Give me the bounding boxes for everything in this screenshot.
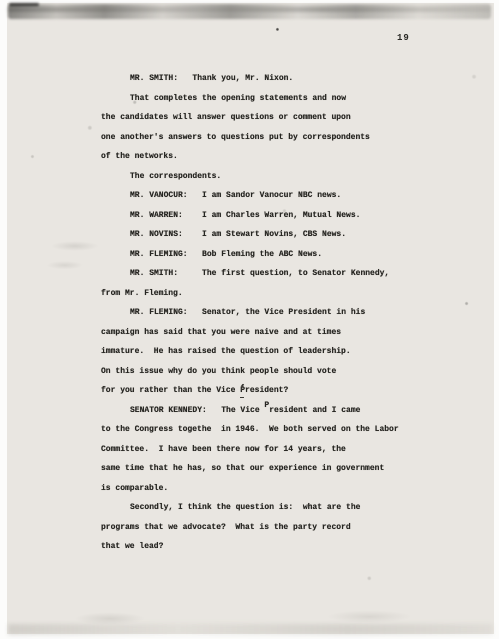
transcript-line: That completes the opening statements an… (101, 89, 461, 109)
transcript-line: Committee. I have been there now for 14 … (101, 440, 461, 460)
transcript-line: that we lead? (101, 537, 461, 557)
scan-artifact-bottom-band (8, 624, 493, 635)
transcript-line: MR. NOVINS: I am Stewart Novins, CBS New… (101, 225, 461, 245)
transcript-line: same time that he has, so that our exper… (101, 459, 461, 479)
transcript-line: On this issue why do you think people sh… (101, 362, 461, 382)
transcript-line: for you rather than the Vice President? (101, 381, 461, 401)
transcript-line: MR. SMITH: Thank you, Mr. Nixon. (101, 69, 461, 89)
transcript-line: SENATOR KENNEDY: The Vice President and … (101, 401, 461, 421)
transcript-line: MR. FLEMING: Bob Fleming the ABC News. (101, 245, 461, 265)
transcript: MR. SMITH: Thank you, Mr. Nixon.That com… (101, 69, 461, 557)
transcript-line: from Mr. Fleming. (101, 284, 461, 304)
transcript-line: programs that we advocate? What is the p… (101, 518, 461, 538)
transcript-line: MR. WARREN: I am Charles Warren, Mutual … (101, 206, 461, 226)
transcript-line: Secondly, I think the question is: what … (101, 498, 461, 518)
transcript-line: to the Congress togethe in 1946. We both… (101, 420, 461, 440)
transcript-line: MR. VANOCUR: I am Sandor Vanocur NBC new… (101, 186, 461, 206)
page-number: 19 (397, 33, 410, 43)
document-scan: 19 MR. SMITH: Thank you, Mr. Nixon.That … (0, 0, 499, 639)
transcript-line: one another's answers to questions put b… (101, 128, 461, 148)
transcript-line: MR. FLEMING: Senator, the Vice President… (101, 303, 461, 323)
transcript-line: is comparable. (101, 479, 461, 499)
transcript-line: immature. He has raised the question of … (101, 342, 461, 362)
transcript-line: campaign has said that you were naive an… (101, 323, 461, 343)
transcript-line: the candidates will answer questions or … (101, 108, 461, 128)
transcript-line: of the networks. (101, 147, 461, 167)
transcript-line: MR. SMITH: The first question, to Senato… (101, 264, 461, 284)
scan-artifact-top-band (8, 4, 491, 19)
transcript-line: The correspondents. (101, 167, 461, 187)
